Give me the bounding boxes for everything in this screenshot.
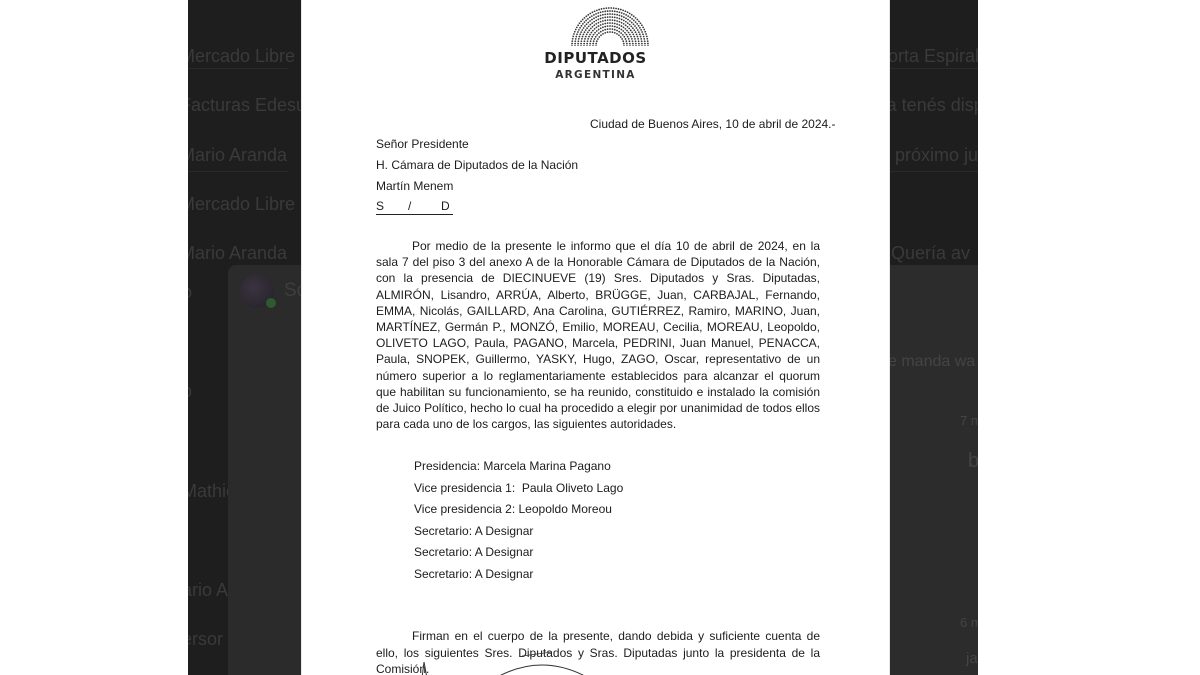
authority-item: Vice presidencia 1: Paula Oliveto Lago xyxy=(414,481,623,503)
sd-d: D xyxy=(441,198,453,215)
authority-item: Secretario: A Designar xyxy=(414,545,623,567)
background-right-column: e manda wa 7 m b 6 m ja xyxy=(888,265,978,675)
background-right-text: e manda wa xyxy=(888,353,975,371)
sd-s: S xyxy=(376,198,408,215)
authority-item: Presidencia: Marcela Marina Pagano xyxy=(414,459,623,481)
background-side-text: o xyxy=(188,282,192,303)
background-right-text: ja xyxy=(966,650,978,667)
authority-item: Vice presidencia 2: Leopoldo Moreou xyxy=(414,502,623,524)
sd-line: S/D xyxy=(376,198,453,215)
authority-item: Secretario: A Designar xyxy=(414,524,623,546)
background-item-right-text: ? Quería av xyxy=(876,243,970,264)
background-right-text: 7 m xyxy=(960,413,978,428)
logo-title: DIPUTADOS xyxy=(302,49,889,67)
addressee-line: Martín Menem xyxy=(376,178,453,194)
authorities-list: Presidencia: Marcela Marina Pagano Vice … xyxy=(414,459,623,588)
background-side-text: ersor xyxy=(188,629,223,650)
background-right-text: 6 m xyxy=(960,615,978,630)
document-page: DIPUTADOS ARGENTINA Ciudad de Buenos Air… xyxy=(302,0,889,675)
background-side-text: o xyxy=(188,381,192,402)
authority-item: Secretario: A Designar xyxy=(414,567,623,589)
addressee-line: H. Cámara de Diputados de la Nación xyxy=(376,157,578,173)
addressee-line: Señor Presidente xyxy=(376,136,469,152)
background-right-text: b xyxy=(968,450,978,473)
logo-subtitle: ARGENTINA xyxy=(302,69,889,81)
hemicycle-seats-icon xyxy=(560,6,660,46)
body-paragraph: Por medio de la presente le informo que … xyxy=(376,238,820,432)
background-item-left-text: Mario Aranda xyxy=(188,243,287,264)
online-status-dot xyxy=(266,298,276,308)
date-line: Ciudad de Buenos Aires, 10 de abril de 2… xyxy=(590,116,836,132)
sd-slash: / xyxy=(408,198,441,215)
background-side-text: ario A xyxy=(188,580,228,601)
signature-stroke-icon xyxy=(402,640,642,675)
